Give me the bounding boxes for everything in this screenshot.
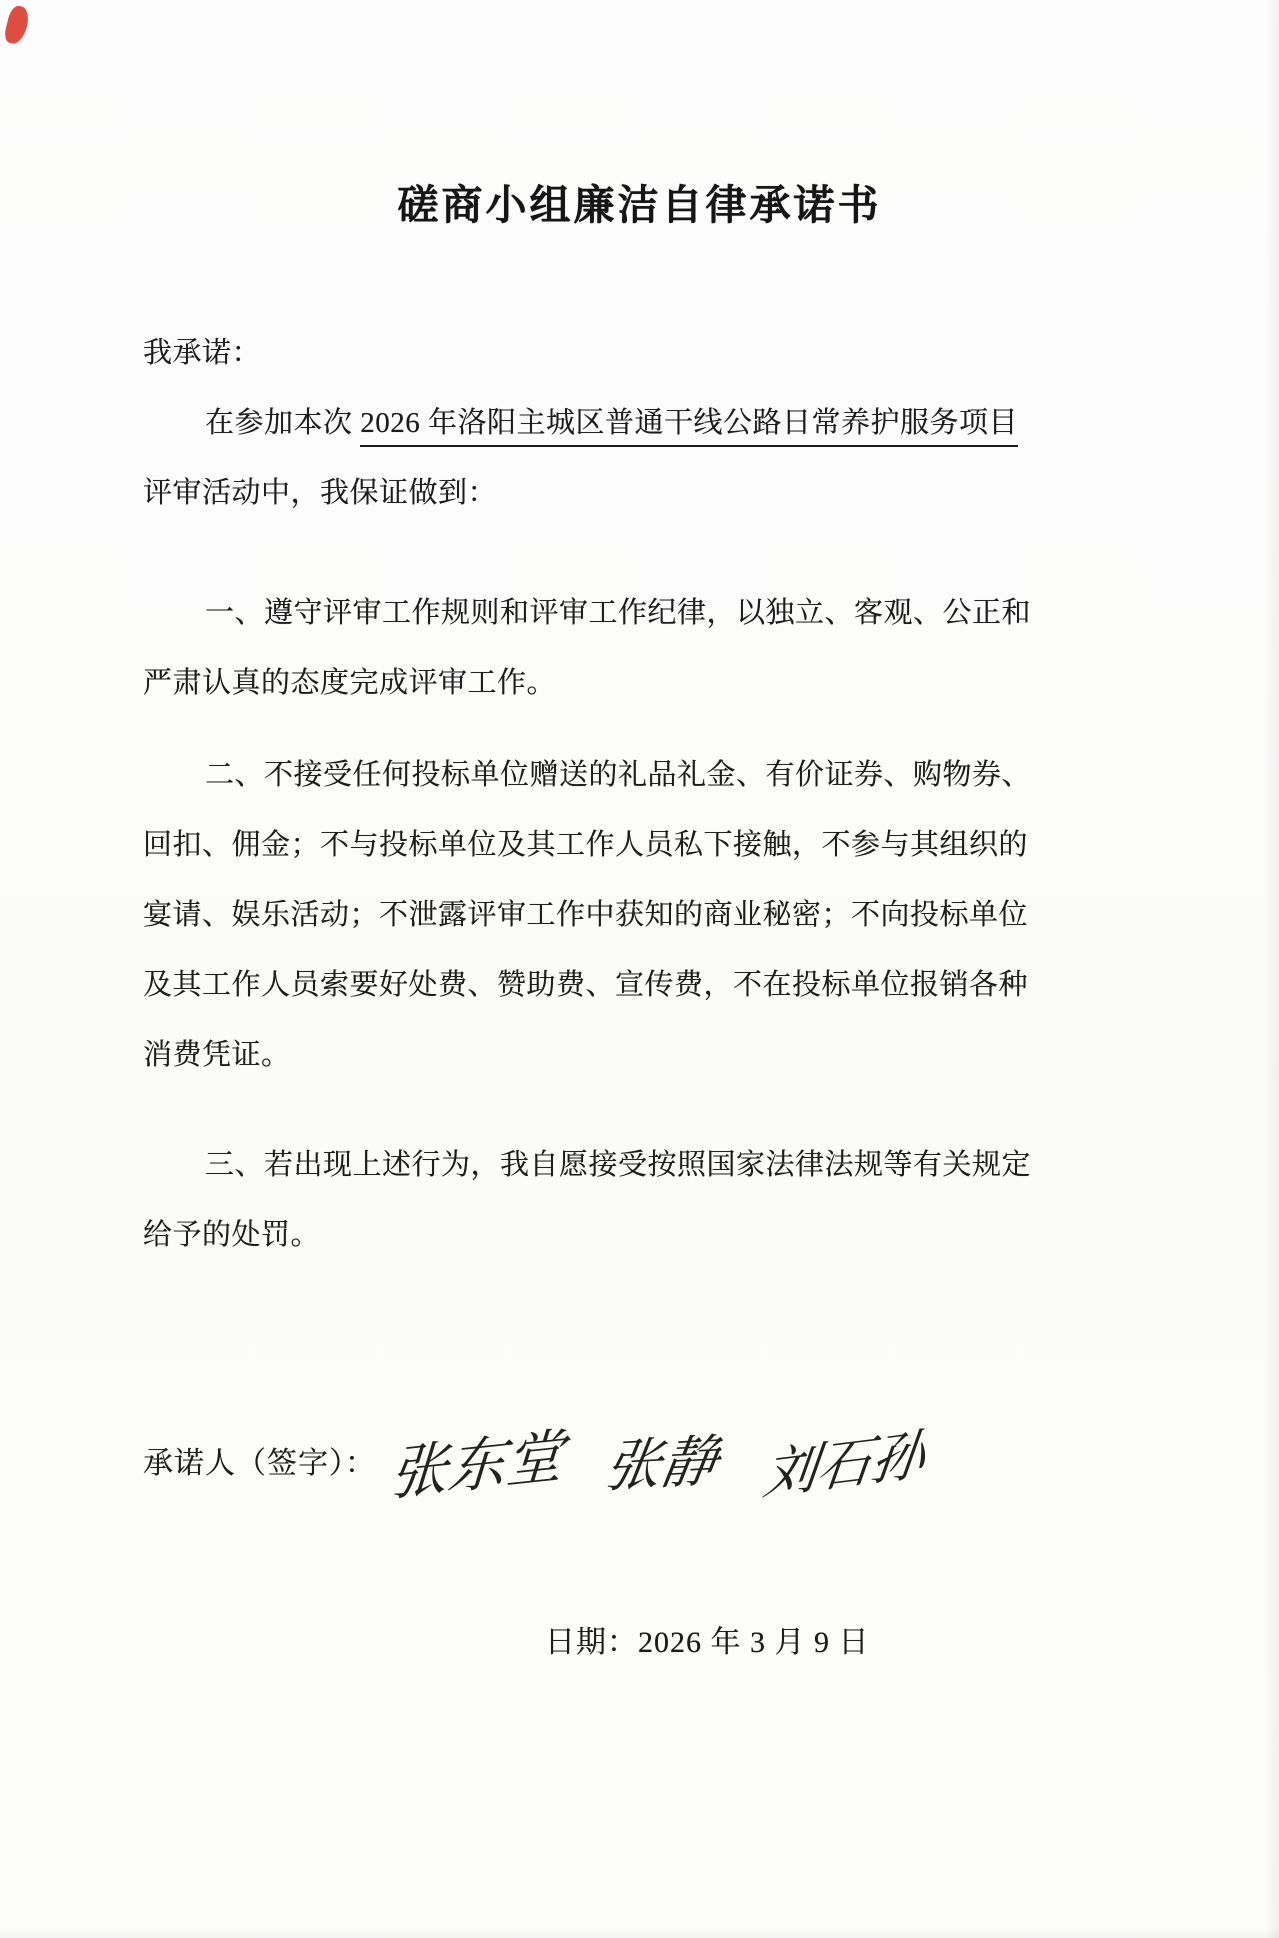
item1-line2: 严肃认真的态度完成评审工作。 bbox=[143, 648, 1133, 718]
scanned-document-page: 磋商小组廉洁自律承诺书 我承诺： 在参加本次 2026 年洛阳主城区普通干线公路… bbox=[0, 0, 1279, 1938]
item2-line1: 二、不接受任何投标单位赠送的礼品礼金、有价证券、购物券、 bbox=[143, 740, 1133, 810]
project-intro-continuation: 评审活动中，我保证做到： bbox=[143, 458, 1133, 528]
project-intro-prefix: 在参加本次 bbox=[205, 407, 360, 439]
project-name-underlined: 2026 年洛阳主城区普通干线公路日常养护服务项目 bbox=[360, 407, 1018, 447]
scan-edge-shading-right bbox=[1265, 0, 1279, 1938]
scan-edge-shading-bottom bbox=[0, 1928, 1279, 1938]
signature-block: 承诺人（签字）：张东堂张静刘石孙 bbox=[143, 1418, 1143, 1502]
item1-line1: 一、遵守评审工作规则和评审工作纪律，以独立、客观、公正和 bbox=[143, 578, 1133, 648]
handwritten-signature-3: 刘石孙 bbox=[760, 1411, 930, 1510]
handwritten-signature-2: 张静 bbox=[600, 1417, 725, 1504]
item3-line2: 给予的处罚。 bbox=[143, 1200, 1133, 1270]
promise-label: 我承诺： bbox=[143, 318, 1133, 388]
date-line: 日期：2026 年 3 月 9 日 bbox=[545, 1608, 870, 1678]
document-title: 磋商小组廉洁自律承诺书 bbox=[0, 172, 1279, 231]
signature-label: 承诺人（签字）： bbox=[143, 1438, 376, 1482]
item2-line3: 宴请、娱乐活动；不泄露评审工作中获知的商业秘密；不向投标单位 bbox=[143, 880, 1133, 950]
document-body: 我承诺： 在参加本次 2026 年洛阳主城区普通干线公路日常养护服务项目 评审活… bbox=[143, 318, 1133, 1270]
item2-line4: 及其工作人员索要好处费、赞助费、宣传费，不在投标单位报销各种 bbox=[143, 950, 1133, 1020]
project-intro-line: 在参加本次 2026 年洛阳主城区普通干线公路日常养护服务项目 bbox=[143, 388, 1133, 458]
handwritten-signature-1: 张东堂 bbox=[388, 1408, 567, 1511]
item2-line2: 回扣、佣金；不与投标单位及其工作人员私下接触，不参与其组织的 bbox=[143, 810, 1133, 880]
item3-line1: 三、若出现上述行为，我自愿接受按照国家法律法规等有关规定 bbox=[143, 1130, 1133, 1200]
item2-line5: 消费凭证。 bbox=[143, 1020, 1133, 1090]
red-ink-mark bbox=[3, 4, 32, 46]
